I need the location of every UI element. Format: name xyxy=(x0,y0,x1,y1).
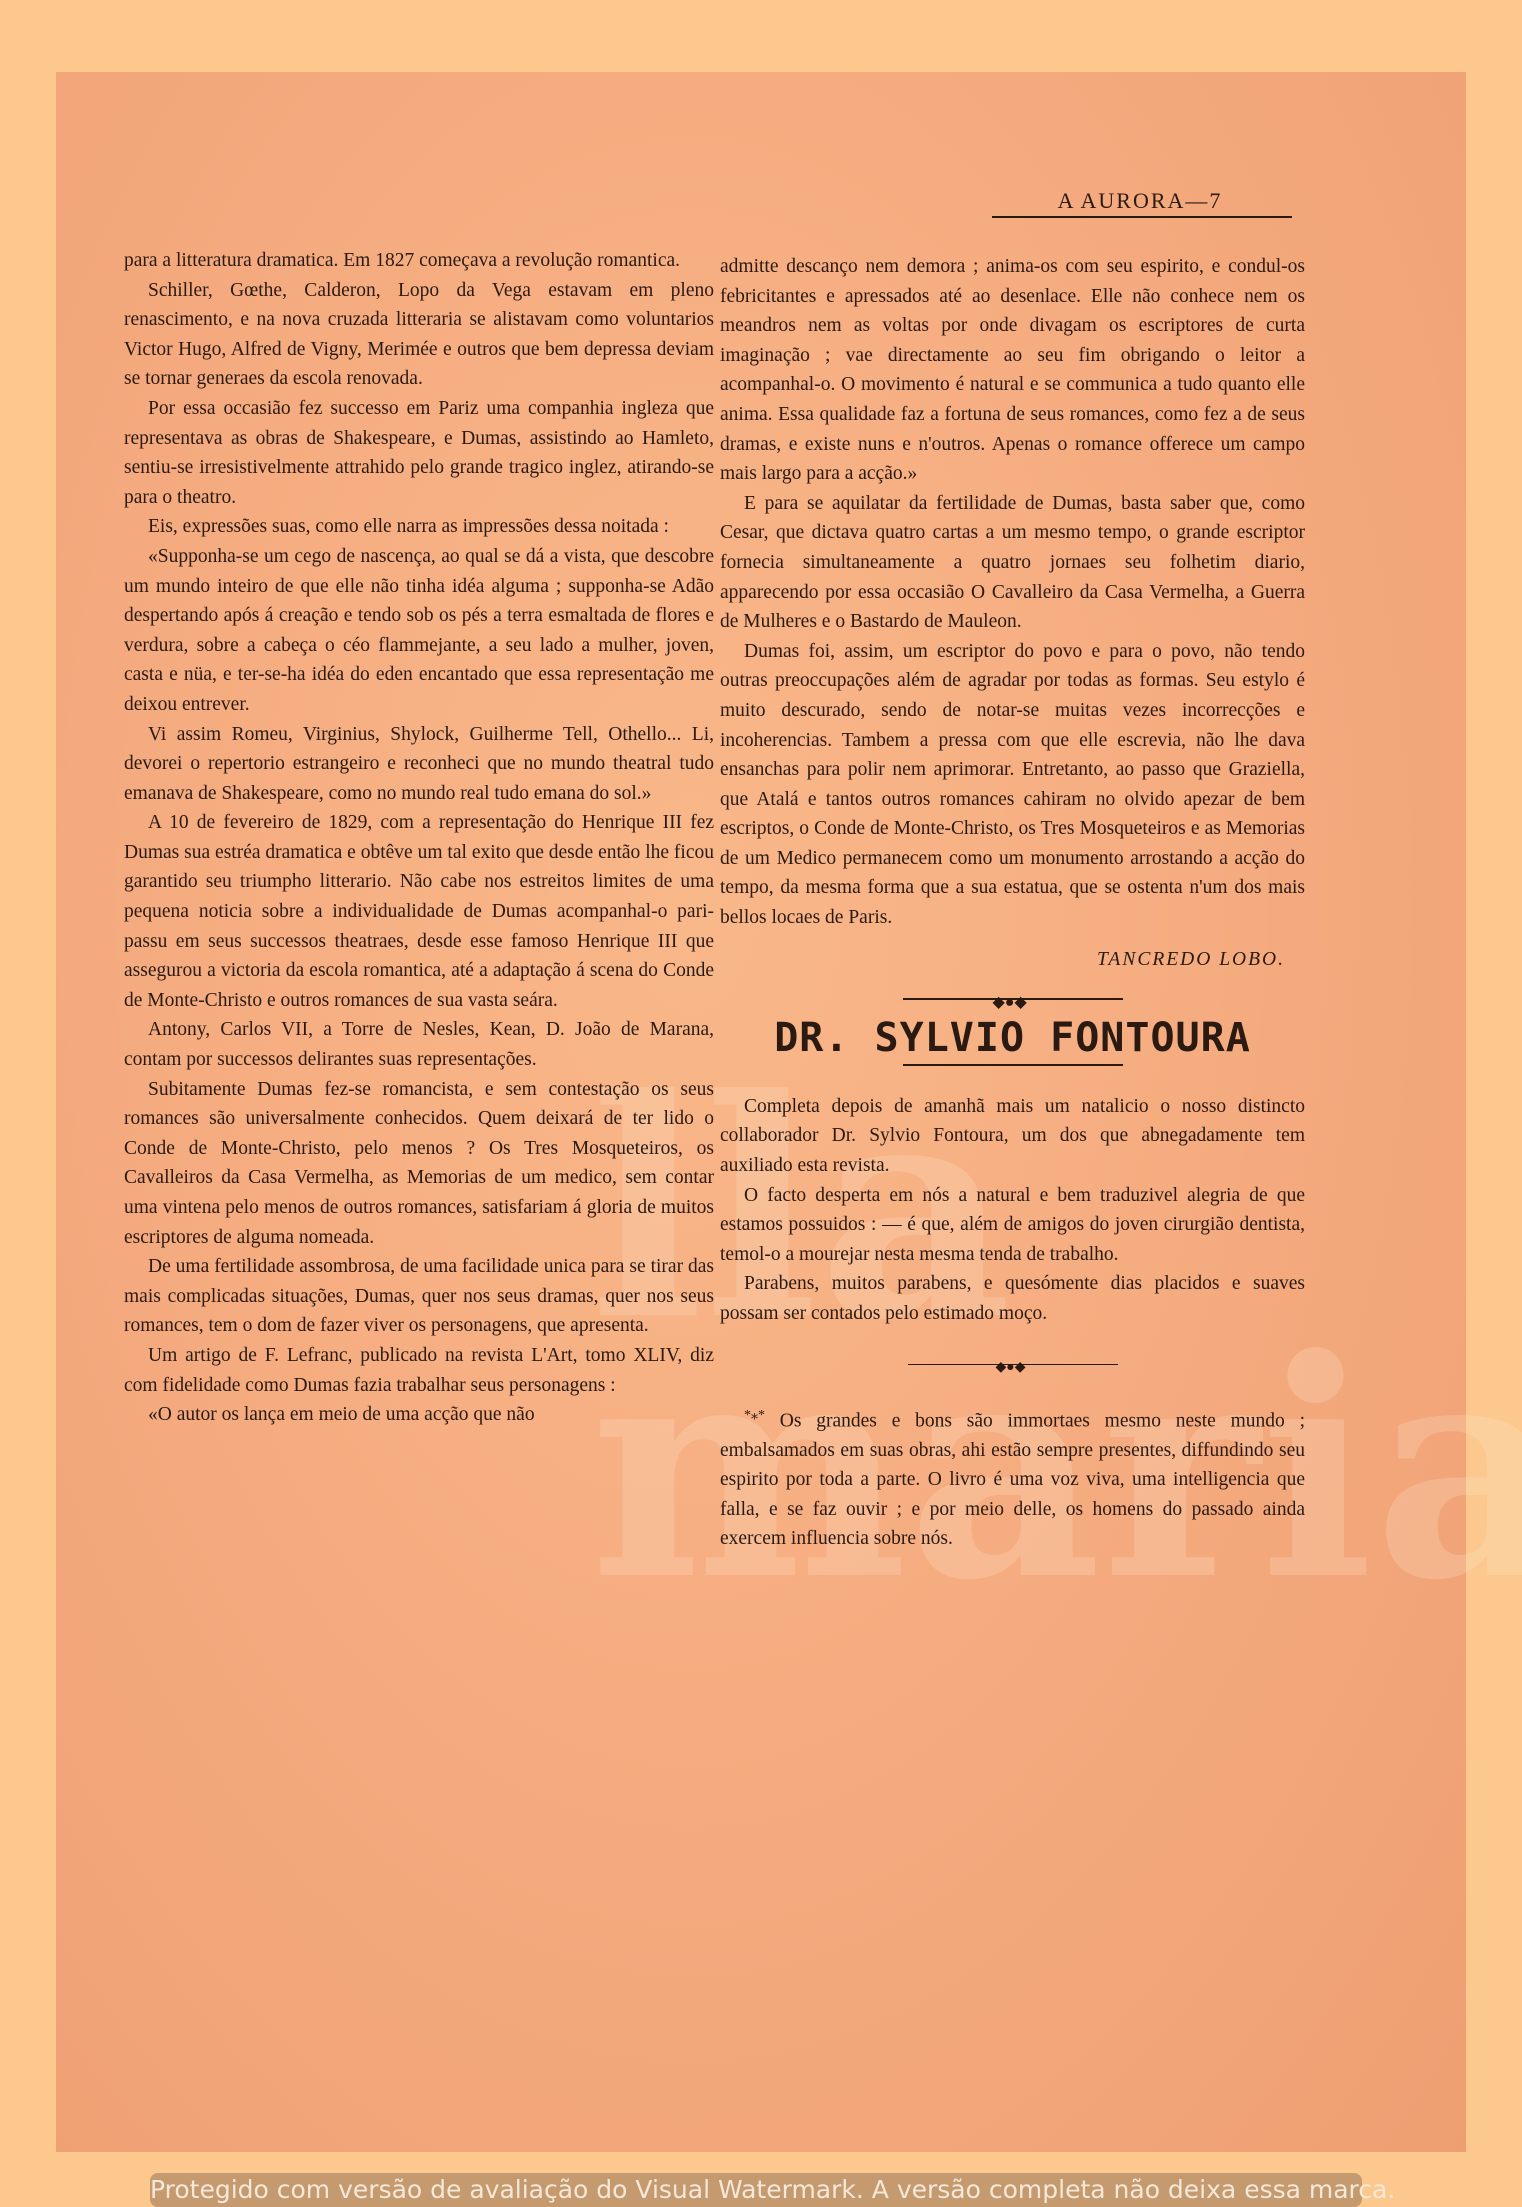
paragraph: De uma fertilidade assombrosa, de uma fa… xyxy=(124,1252,714,1341)
paragraph: Dumas foi, assim, um escriptor do povo e… xyxy=(720,637,1305,933)
left-column: para a litteratura dramatica. Em 1827 co… xyxy=(124,246,714,1430)
paragraph: Antony, Carlos VII, a Torre de Nesles, K… xyxy=(124,1015,714,1074)
section-title: DR. SYLVIO FONTOURA xyxy=(720,1024,1305,1054)
ornament-divider-2: ◆●◆ xyxy=(908,1355,1118,1375)
title-rule xyxy=(903,1064,1123,1066)
paragraph: A 10 de fevereiro de 1829, com a represe… xyxy=(124,808,714,1015)
header-rule xyxy=(992,216,1292,218)
footer-watermark-banner: Protegido com versão de avaliação do Vis… xyxy=(150,2173,1362,2207)
note-paragraph: *⁎* Os grandes e bons são immortaes mesm… xyxy=(720,1401,1305,1554)
paragraph: Subitamente Dumas fez-se romancista, e s… xyxy=(124,1075,714,1253)
section-paragraph: O facto desperta em nós a natural e bem … xyxy=(720,1181,1305,1270)
paragraph: «Supponha-se um cego de nascença, ao qua… xyxy=(124,542,714,720)
section-paragraph: Parabens, muitos parabens, e quesómente … xyxy=(720,1269,1305,1328)
paragraph: «O autor os lança em meio de uma acção q… xyxy=(124,1400,714,1430)
ornament-divider: ◆●◆ xyxy=(903,984,1123,1014)
paragraph: para a litteratura dramatica. Em 1827 co… xyxy=(124,246,714,276)
signature: TANCREDO LOBO. xyxy=(720,945,1305,975)
paragraph: Um artigo de F. Lefranc, publicado na re… xyxy=(124,1341,714,1400)
paragraph: Por essa occasião fez successo em Pariz … xyxy=(124,394,714,512)
right-column: admitte descanço nem demora ; anima-os c… xyxy=(720,252,1305,1554)
paragraph: Schiller, Gœthe, Calderon, Lopo da Vega … xyxy=(124,276,714,394)
running-header: A AURORA—7 xyxy=(990,188,1290,214)
paragraph: admitte descanço nem demora ; anima-os c… xyxy=(720,252,1305,489)
paragraph: Vi assim Romeu, Virginius, Shylock, Guil… xyxy=(124,720,714,809)
paragraph: Eis, expressões suas, como elle narra as… xyxy=(124,512,714,542)
section-paragraph: Completa depois de amanhã mais um natali… xyxy=(720,1092,1305,1181)
paragraph: E para se aquilatar da fertilidade de Du… xyxy=(720,489,1305,637)
